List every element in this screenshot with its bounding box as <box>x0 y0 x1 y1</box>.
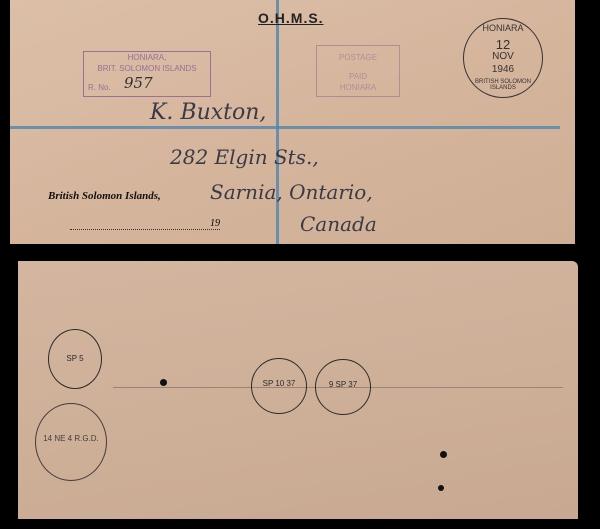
sydney-postmark: 14 NE 4 R.G.D. <box>35 403 107 481</box>
envelope-back: SP 5 14 NE 4 R.G.D. SP 10 37 9 SP 37 <box>18 261 578 519</box>
address-name: K. Buxton, <box>150 100 266 125</box>
toronto-rpo-postmark: 9 SP 37 <box>315 359 371 415</box>
reg-number: 957 <box>124 78 153 89</box>
pm-country: BRITISH SOLOMON ISLANDS <box>464 79 542 91</box>
registration-box: HONIARA, BRIT. SOLOMON ISLANDS R. No. 95… <box>83 51 211 97</box>
printed-origin: British Solomon Islands, <box>48 190 161 202</box>
pm-day: 12 <box>464 37 542 52</box>
sarnia-postmark: SP 10 37 <box>251 358 307 414</box>
reg-label: R. No. <box>88 82 111 93</box>
address-street: 282 Elgin Sts., <box>170 145 319 169</box>
registration-line-horizontal <box>10 126 560 129</box>
pm-date: 14 NE 4 R.G.D. <box>36 434 106 443</box>
ink-spot <box>440 451 447 458</box>
postage-line2: PAID <box>317 71 399 82</box>
address-country: Canada <box>300 212 377 236</box>
postage-line1: POSTAGE <box>317 52 399 63</box>
postage-paid-box: POSTAGE PAID HONIARA <box>316 45 400 97</box>
pm-date: SP 10 37 <box>252 379 306 388</box>
ohms-header: O.H.M.S. <box>258 10 324 26</box>
toronto-terminal-postmark: SP 5 <box>48 329 102 389</box>
pm-month: NOV <box>464 51 542 62</box>
pm-date: 9 SP 37 <box>316 380 370 389</box>
date-line: 19 <box>70 218 220 230</box>
ink-spot <box>160 379 167 386</box>
honiara-postmark: HONIARA 12 NOV 1946 BRITISH SOLOMON ISLA… <box>463 18 543 98</box>
registration-line-vertical <box>276 0 279 244</box>
address-city: Sarnia, Ontario, <box>210 180 373 204</box>
envelope-front: O.H.M.S. HONIARA, BRIT. SOLOMON ISLANDS … <box>10 0 575 244</box>
ink-spot <box>438 485 444 491</box>
postage-line3: HONIARA <box>317 82 399 93</box>
printed-year: 19 <box>210 218 220 229</box>
reg-line2: BRIT. SOLOMON ISLANDS <box>84 63 210 74</box>
reg-line1: HONIARA, <box>84 52 210 63</box>
pm-date: SP 5 <box>49 354 101 363</box>
pm-town: HONIARA <box>464 23 542 33</box>
pm-year: 1946 <box>464 64 542 75</box>
